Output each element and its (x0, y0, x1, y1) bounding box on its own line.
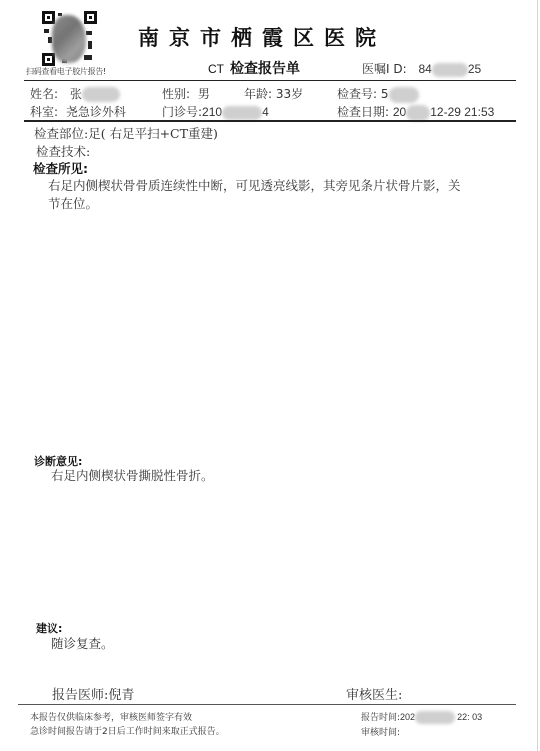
qr-finder-pattern (84, 11, 97, 24)
findings-heading: 检查所见: (33, 159, 88, 177)
outpatient-start: 210 (202, 105, 222, 119)
technique-label: 检查技术: (36, 144, 90, 159)
site-label: 检查部位: (34, 126, 88, 141)
redaction (389, 87, 419, 103)
advice-text: 随诊复查。 (51, 634, 114, 652)
reporter-label: 报告医师: (52, 688, 108, 703)
exam-site: 检查部位:足( 右足平扫+CT重建) (34, 124, 218, 142)
review-time: 审核时间: (361, 725, 400, 738)
qr-finder-pattern (42, 53, 55, 66)
exam-date-end: 12-29 21:53 (430, 105, 494, 119)
report-time-label: 报告时间: (361, 713, 400, 723)
order-id-start: 84 (418, 62, 431, 76)
report-time-start: 202 (400, 712, 415, 722)
exam-no-label: 检查号: (337, 87, 377, 101)
age-label: 年龄: (244, 87, 272, 101)
diagnosis-text: 右足内侧楔状骨撕脱性骨折。 (51, 466, 214, 484)
qr-module (44, 29, 49, 33)
exam-date: 检查日期: 2012-29 21:53 (337, 103, 494, 121)
exam-date-start: 20 (393, 105, 406, 119)
qr-redaction (52, 15, 86, 63)
hospital-name: 南京市栖霞区医院 (138, 22, 386, 52)
redaction (222, 106, 262, 120)
patient-name: 姓名: 张 (30, 85, 120, 102)
redaction (82, 87, 120, 102)
sex-value: 男 (198, 87, 210, 101)
age-value: 33岁 (276, 87, 303, 101)
order-id-label: 医嘱I D: (362, 62, 407, 76)
department: 科室: 尧急诊外科 (30, 103, 126, 120)
review-time-label: 审核时间: (361, 728, 400, 738)
footer-note-line2: 急诊时间报告请于2日后工作时间来取正式报告。 (30, 724, 225, 737)
sex-label: 性别: (162, 87, 190, 101)
footer-note-line1: 本报告仅供临床参考，审核医师签字有效 (30, 710, 192, 723)
reviewing-physician: 审核医生: (346, 684, 402, 703)
report-type-prefix: CT (208, 62, 224, 76)
page-edge (537, 0, 538, 751)
patient-sex: 性别: 男 (162, 85, 210, 102)
outpatient-end: 4 (262, 105, 269, 119)
order-id-end: 25 (468, 62, 481, 76)
name-value: 张 (70, 87, 82, 101)
redaction (432, 63, 468, 77)
order-id: 医嘱I D: 8425 (362, 60, 481, 77)
outpatient-number: 门诊号:2104 (162, 103, 269, 120)
dept-label: 科室: (30, 105, 58, 119)
qr-code[interactable] (42, 11, 97, 66)
redaction (415, 711, 455, 724)
report-time: 报告时间:20222: 03 (361, 710, 482, 724)
footer-divider (18, 704, 516, 705)
qr-module (84, 55, 92, 60)
reporting-physician: 报告医师:倪青 (52, 684, 134, 703)
patient-divider (24, 120, 516, 122)
exam-no-value: 5 (381, 87, 389, 101)
exam-number: 检查号: 5 (337, 85, 419, 103)
name-label: 姓名: (30, 87, 58, 101)
qr-finder-pattern (42, 11, 55, 24)
exam-date-label: 检查日期: (337, 105, 389, 119)
outpatient-label: 门诊号: (162, 105, 202, 119)
dept-value: 尧急诊外科 (66, 105, 126, 119)
report-time-end: 22: 03 (457, 712, 482, 722)
findings-text-line1: 右足内侧楔状骨骨质连续性中断，可见透亮线影，其旁见条片状骨片影，关 (48, 176, 461, 194)
qr-module (86, 31, 92, 35)
findings-text-line2: 节在位。 (48, 194, 98, 212)
qr-caption: 扫码查看电子胶片报告! (26, 66, 106, 77)
patient-age: 年龄: 33岁 (244, 85, 303, 102)
report-title: CT检查报告单 (208, 58, 300, 78)
header-divider (24, 80, 516, 81)
site-value: 足( 右足平扫+CT重建) (88, 126, 218, 141)
reviewer-label: 审核医生: (346, 688, 402, 703)
redaction (406, 105, 430, 121)
exam-technique: 检查技术: (36, 142, 90, 160)
qr-module (88, 41, 92, 49)
reporter-name: 倪青 (108, 688, 134, 703)
report-title-text: 检查报告单 (230, 61, 300, 77)
